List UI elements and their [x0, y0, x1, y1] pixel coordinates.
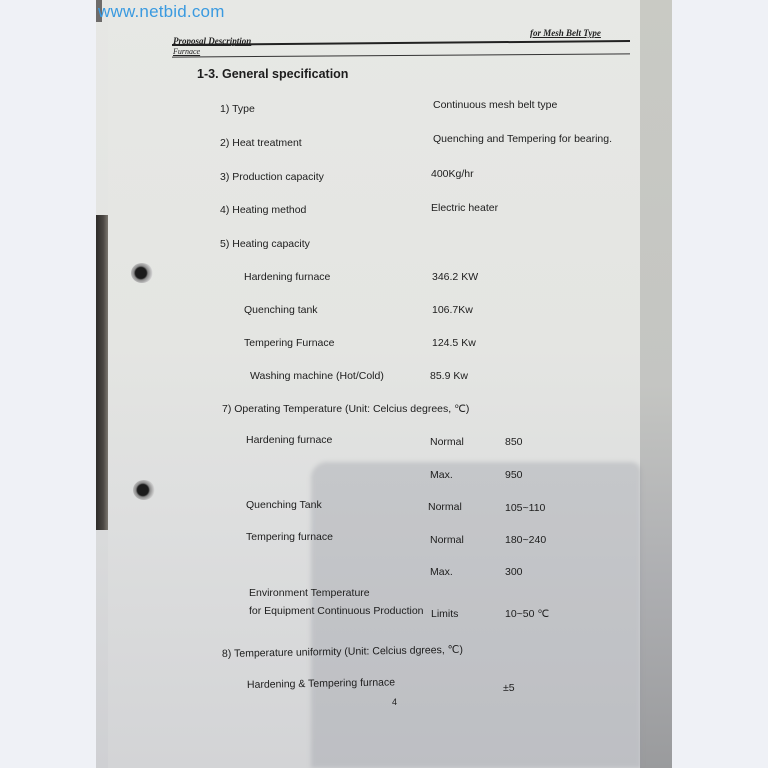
- temp-value-quenching-normal: 105~110: [505, 502, 545, 514]
- uniformity-label: Hardening & Tempering furnace: [247, 676, 395, 691]
- temp-mode-environment-limits: Limits: [431, 608, 458, 620]
- watermark-link[interactable]: www.netbid.com: [98, 2, 225, 22]
- temp-mode-tempering-max: Max.: [430, 566, 453, 578]
- capacity-label-tempering: Tempering Furnace: [244, 337, 334, 349]
- header-mesh-belt-type: for Mesh Belt Type: [530, 28, 601, 38]
- spec-label-heating-capacity: 5) Heating capacity: [220, 238, 310, 250]
- section-title: 1-3. General specification: [197, 67, 348, 81]
- capacity-value-hardening: 346.2 KW: [432, 271, 478, 283]
- spec-value-type: Continuous mesh belt type: [433, 99, 557, 111]
- temp-value-environment-limits: 10~50 ℃: [505, 608, 549, 620]
- paper-edge-shadow: [640, 0, 672, 768]
- binder-spine: [96, 215, 108, 530]
- temp-value-hardening-max: 950: [505, 469, 523, 481]
- temp-value-tempering-max: 300: [505, 566, 523, 578]
- temp-label-tempering: Tempering furnace: [246, 531, 333, 543]
- temp-value-hardening-normal: 850: [505, 436, 523, 448]
- header-furnace: Furnace: [173, 47, 200, 56]
- capacity-value-quenching: 106.7Kw: [432, 304, 473, 316]
- spec-label-type: 1) Type: [220, 103, 255, 115]
- temp-mode-hardening-normal: Normal: [430, 436, 464, 448]
- capacity-label-quenching: Quenching tank: [244, 304, 318, 316]
- capacity-value-washing: 85.9 Kw: [430, 370, 468, 382]
- temp-label-quenching: Quenching Tank: [246, 499, 322, 511]
- spec-value-heating-method: Electric heater: [431, 202, 498, 214]
- page-number: 4: [392, 697, 397, 707]
- capacity-value-tempering: 124.5 Kw: [432, 337, 476, 349]
- temp-label-continuous-production: for Equipment Continuous Production: [249, 605, 424, 617]
- operating-temp-heading: 7) Operating Temperature (Unit: Celcius …: [222, 403, 469, 415]
- punch-hole-lower: [133, 480, 155, 500]
- spec-value-production-capacity: 400Kg/hr: [431, 168, 474, 180]
- spec-value-heat-treatment: Quenching and Tempering for bearing.: [433, 133, 612, 145]
- temp-label-hardening: Hardening furnace: [246, 434, 332, 446]
- spec-label-production-capacity: 3) Production capacity: [220, 171, 324, 183]
- temp-mode-quenching-normal: Normal: [428, 501, 462, 513]
- punch-hole-upper: [131, 263, 153, 283]
- temp-value-tempering-normal: 180~240: [505, 534, 546, 546]
- capacity-label-washing: Washing machine (Hot/Cold): [250, 370, 384, 382]
- temp-label-environment: Environment Temperature: [249, 587, 370, 599]
- uniformity-value: ±5: [503, 682, 515, 694]
- temp-mode-tempering-normal: Normal: [430, 534, 464, 546]
- spec-label-heating-method: 4) Heating method: [220, 204, 306, 216]
- capacity-label-hardening: Hardening furnace: [244, 271, 330, 283]
- spec-label-heat-treatment: 2) Heat treatment: [220, 137, 302, 149]
- temp-mode-hardening-max: Max.: [430, 469, 453, 481]
